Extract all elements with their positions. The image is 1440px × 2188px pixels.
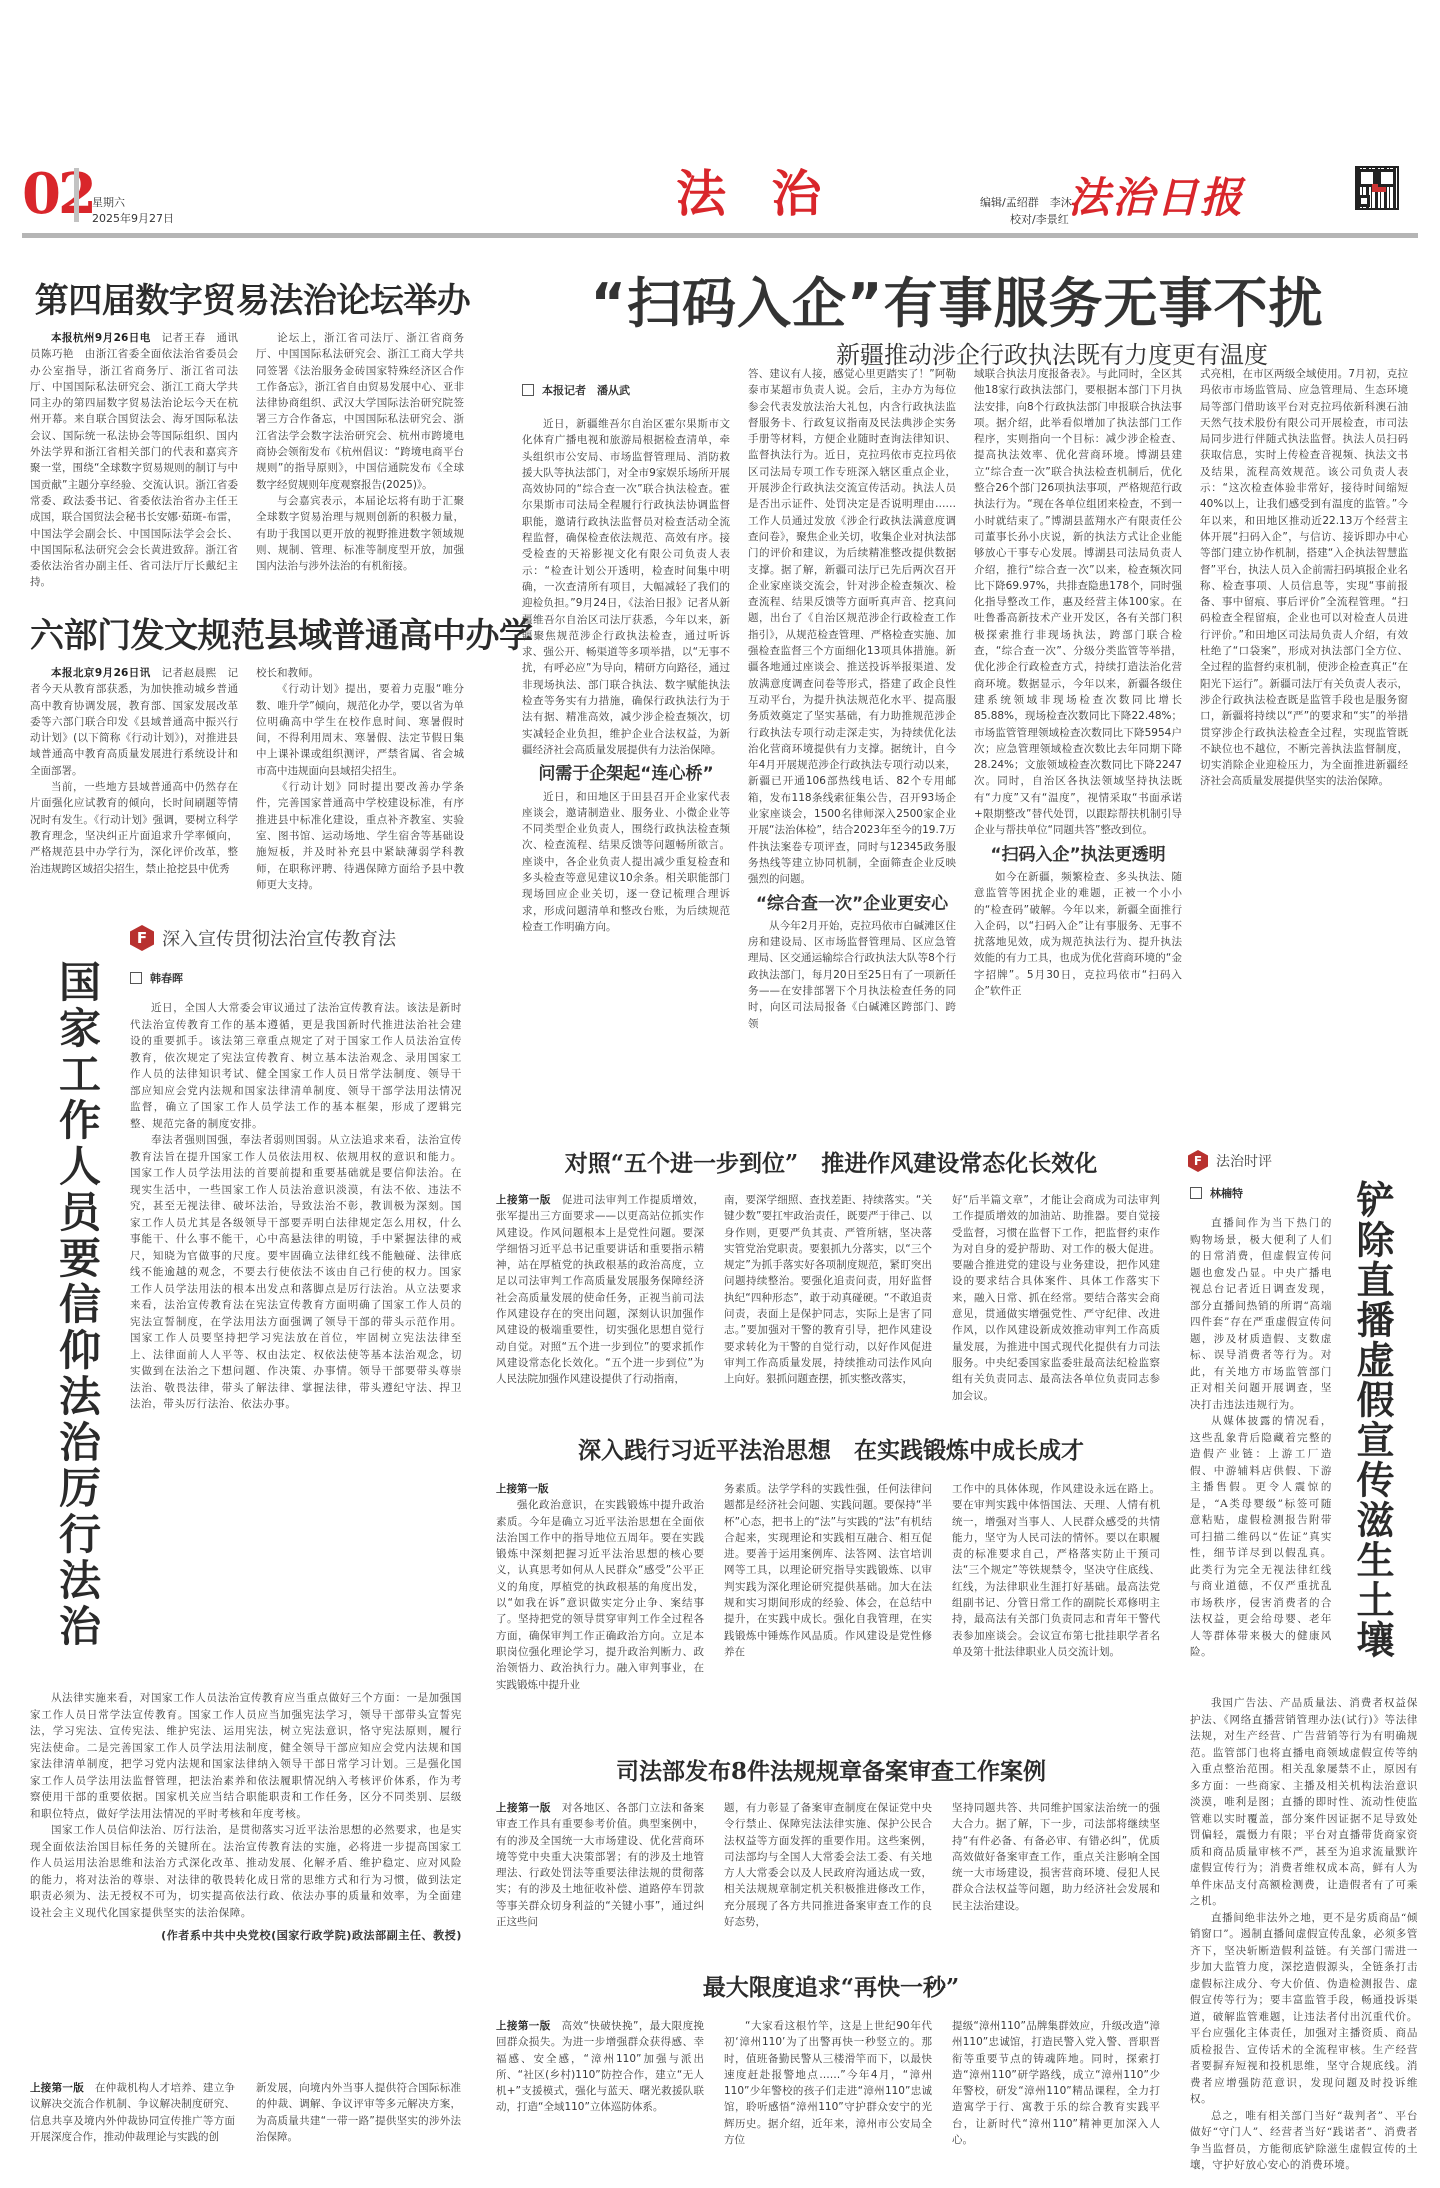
opinion-vertical-headline: 国家工作人员要信仰法治厉行法治 [52, 960, 102, 1680]
weekday: 星期六 [92, 194, 125, 210]
commentary-banner: F 法治时评 [1188, 1150, 1272, 1172]
lead-col-1: 近日，新疆维吾尔自治区霍尔果斯市文化体育广播电视和旅游局根据检查清单，牵头组织市… [522, 416, 730, 935]
lead-col-3: 域联合执法月度报备表》。与此同时，全区其他18家行政执法部门，要根据本部门下月执… [974, 366, 1182, 999]
newspaper-logo: 法治日报 [1068, 170, 1244, 226]
headline: 对照“五个进一步到位” 推进作风建设常态化长效化 [496, 1148, 1166, 1180]
subhead-scan-transparent: “扫码入企”执法更透明 [974, 847, 1182, 863]
lead-article-scan-code: “扫码入企”有事服务无事不扰 新疆推动涉企行政执法既有力度更有温度 本报记者 潘… [496, 270, 1418, 372]
proofreader-credit: 校对/李景红 [1010, 211, 1069, 227]
column-logo-icon: F [130, 925, 154, 951]
opinion-author: 韩春晖 [130, 970, 183, 986]
masthead-rule [22, 233, 1418, 238]
editor-credit: 编辑/孟绍群 李沐 [980, 194, 1072, 210]
headline: 司法部发布8件法规规章备案审查工作案例 [496, 1756, 1166, 1788]
column-banner: F 深入宣传贯彻法治宣传教育法 [130, 925, 396, 951]
opinion-body: 近日，全国人大常委会审议通过了法治宣传教育法。该法是新时代法治宣传教育工作的基本… [130, 1000, 462, 1413]
commentary-author: 林楠特 [1190, 1185, 1243, 1201]
dateline: 本报杭州9月26日电 [51, 332, 151, 344]
article-col-2: 校长和教师。 《行动计划》提出，要着力克服“唯分数、唯升学”倾向，规范化办学，要… [256, 665, 464, 893]
qr-code-icon [1355, 166, 1399, 210]
headline: 深入践行习近平法治思想 在实践锻炼中成长成才 [496, 1435, 1166, 1467]
opinion-body-cont: 从法律实施来看，对国家工作人员法治宣传教育应当重点做好三个方面：一是加强国家工作… [30, 1690, 462, 1943]
page-number-divider [74, 168, 79, 222]
column-banner-label: 深入宣传贯彻法治宣传教育法 [162, 925, 396, 951]
lead-col-4: 式亮相，在市区两级全域使用。7月初，克拉玛依市市场监管局、应急管理局、生态环境局… [1200, 366, 1408, 790]
issue-date: 2025年9月27日 [92, 210, 174, 226]
opinion-author-note: (作者系中共中央党校(国家行政学院)政法部副主任、教授) [30, 1927, 462, 1943]
headline: 第四届数字贸易法治论坛举办 [30, 280, 475, 322]
page-number: 02 [22, 164, 94, 224]
lead-col-2: 答、建议有人接，感觉心里更踏实了！”阿勒泰市某超市负责人说。会后，主办方为每位参… [748, 366, 956, 1032]
article-digital-trade-forum: 第四届数字贸易法治论坛举办 本报杭州9月26日电 记者王春 通讯员陈巧艳 由浙江… [30, 280, 475, 322]
dateline: 本报北京9月26日讯 [51, 667, 151, 679]
article-county-high-school: 六部门发文规范县域普通高中办学 本报北京9月26日讯 记者赵晨熙 记者今天从教育… [30, 615, 475, 657]
article-col-1: 本报北京9月26日讯 记者赵晨熙 记者今天从教育部获悉，为加快推动城乡普通高中教… [30, 665, 238, 877]
article-work-style: 对照“五个进一步到位” 推进作风建设常态化长效化 上接第一版 促进司法审判工作提… [496, 1148, 1166, 1180]
subhead-listen-to-enterprise: 问需于企架起“连心桥” [522, 766, 730, 782]
byline-box-icon [522, 384, 534, 396]
headline: 六部门发文规范县域普通高中办学 [30, 615, 475, 657]
article-col-1: 本报杭州9月26日电 记者王春 通讯员陈巧艳 由浙江省委全面依法治省委员会办公室… [30, 330, 238, 591]
byline-box-icon [1190, 1187, 1202, 1199]
article-col-2: 论坛上，浙江省司法厅、浙江省商务厅、中国国际私法研究会、浙江工商大学共同签署《法… [256, 330, 464, 574]
commentary-body-wide: 我国广告法、产品质量法、消费者权益保护法、《网络直播营销管理办法(试行)》等法律… [1190, 1695, 1418, 2174]
commentary-body-narrow: 直播间作为当下热门的购物场景，极大便利了人们的日常消费，但虚假宣传问题也愈发凸显… [1190, 1215, 1332, 1661]
subhead-one-inspection: “综合查一次”企业更安心 [748, 896, 956, 912]
commentary-banner-label: 法治时评 [1216, 1151, 1272, 1171]
article-110-faster: 最大限度追求“再快一秒” 上接第一版 高效“快破快挽”，最大限度挽回群众损失。为… [496, 1972, 1166, 2004]
byline-box-icon [130, 972, 142, 984]
masthead: 02 星期六 2025年9月27日 法 治 编辑/孟绍群 李沐 校对/李景红 法… [0, 150, 1440, 240]
article-practice-growth: 深入践行习近平法治思想 在实践锻炼中成长成才 上接第一版 强化政治意识，在实践锻… [496, 1435, 1166, 1467]
reporter: 记者赵晨熙 [162, 667, 217, 679]
section-title: 法 治 [676, 164, 835, 224]
headline: 最大限度追求“再快一秒” [496, 1972, 1166, 2004]
commentary-logo-icon: F [1188, 1150, 1208, 1172]
article-filing-review-cases: 司法部发布8件法规规章备案审查工作案例 上接第一版 对各地区、各部门立法和备案审… [496, 1756, 1166, 1788]
byline: 本报记者 潘从武 [522, 382, 630, 398]
lead-headline: “扫码入企”有事服务无事不扰 [496, 270, 1418, 338]
commentary-vertical-headline: 铲除直播虚假宣传滋生土壤 [1350, 1180, 1394, 1660]
